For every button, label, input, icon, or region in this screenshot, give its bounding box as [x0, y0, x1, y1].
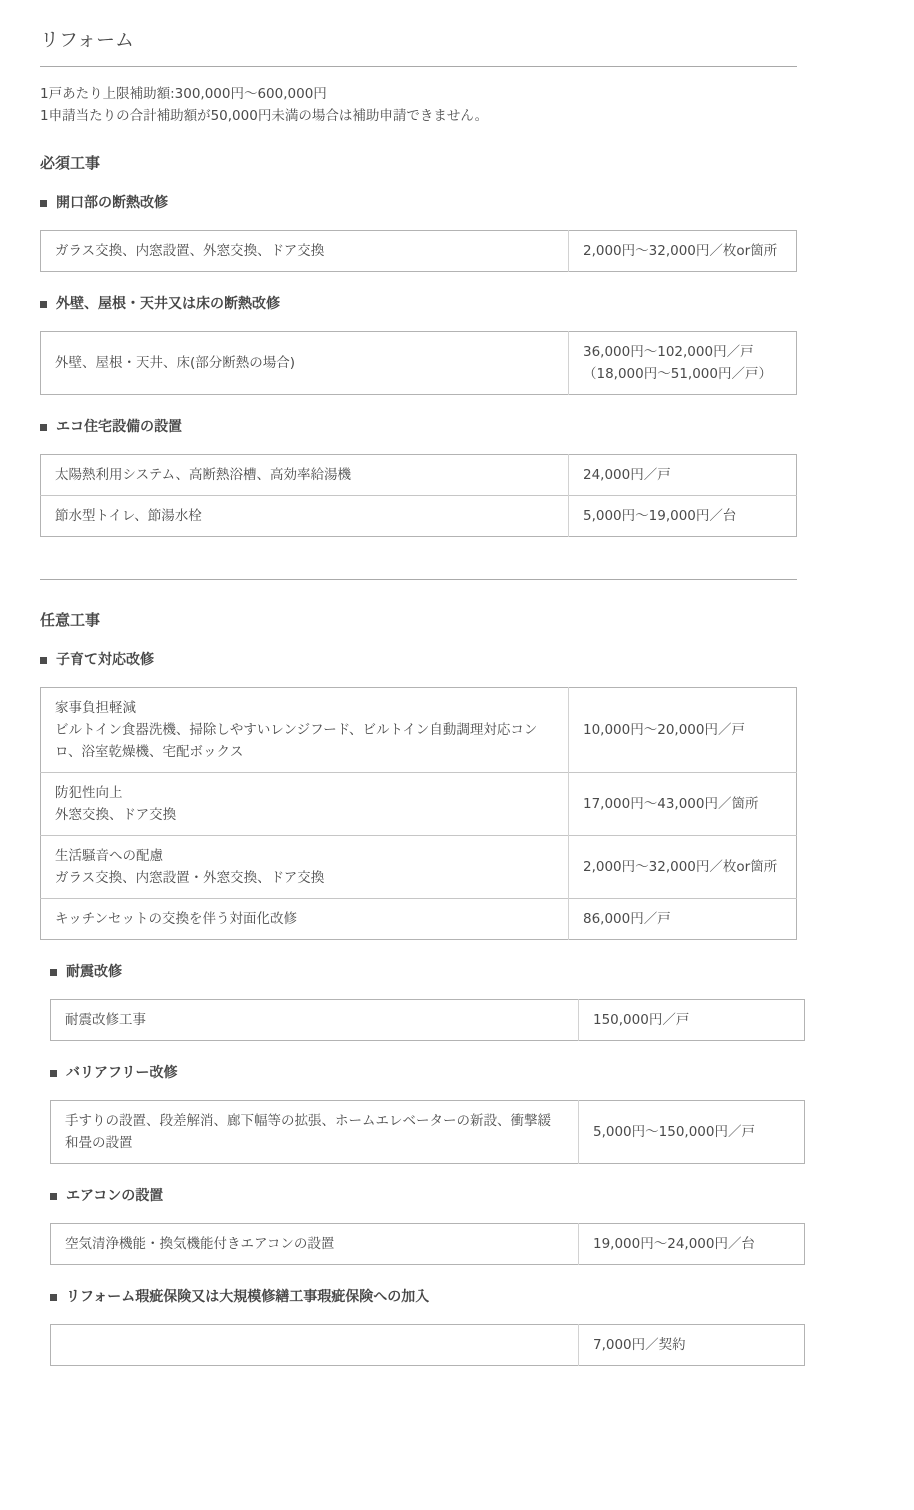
- price-table: 外壁、屋根・天井、床(部分断熱の場合) 36,000円～102,000円／戸 （…: [40, 331, 797, 395]
- subsection-heading: リフォーム瑕疵保険又は大規模修繕工事瑕疵保険への加入: [50, 1289, 797, 1305]
- work-description-cell: 空気清浄機能・換気機能付きエアコンの設置: [51, 1224, 579, 1265]
- section-heading-optional: 任意工事: [40, 612, 797, 628]
- subsection-defect-insurance: リフォーム瑕疵保険又は大規模修繕工事瑕疵保険への加入 7,000円／契約: [50, 1289, 797, 1366]
- table-row: キッチンセットの交換を伴う対面化改修 86,000円／戸: [41, 899, 797, 940]
- subsection-wall-roof-floor-insulation: 外壁、屋根・天井又は床の断熱改修 外壁、屋根・天井、床(部分断熱の場合) 36,…: [40, 296, 797, 395]
- subsection-label: リフォーム瑕疵保険又は大規模修繕工事瑕疵保険への加入: [66, 1289, 429, 1305]
- price-table: 耐震改修工事 150,000円／戸: [50, 999, 805, 1041]
- work-description-cell: 外壁、屋根・天井、床(部分断熱の場合): [41, 332, 569, 395]
- work-description-cell: 防犯性向上 外窓交換、ドア交換: [41, 773, 569, 836]
- square-bullet-icon: [50, 1070, 57, 1077]
- price-table: 7,000円／契約: [50, 1324, 805, 1366]
- subsidy-amount-cell: 36,000円～102,000円／戸 （18,000円～51,000円／戸）: [569, 332, 797, 395]
- subsidy-amount-cell: 7,000円／契約: [579, 1325, 805, 1366]
- subsidy-amount-cell: 10,000円～20,000円／戸: [569, 688, 797, 773]
- subsection-air-conditioner: エアコンの設置 空気清浄機能・換気機能付きエアコンの設置 19,000円～24,…: [50, 1188, 797, 1265]
- subsection-label: 耐震改修: [66, 964, 122, 980]
- reform-subsidy-page: リフォーム 1戸あたり上限補助額:300,000円～600,000円 1申請当た…: [0, 0, 914, 1510]
- section-heading-required: 必須工事: [40, 155, 797, 171]
- table-row: 外壁、屋根・天井、床(部分断熱の場合) 36,000円～102,000円／戸 （…: [41, 332, 797, 395]
- content-area: リフォーム 1戸あたり上限補助額:300,000円～600,000円 1申請当た…: [40, 26, 797, 1366]
- price-table: 手すりの設置、段差解消、廊下幅等の拡張、ホームエレベーターの新設、衝撃緩和畳の設…: [50, 1100, 805, 1164]
- subsection-label: 子育て対応改修: [56, 652, 154, 668]
- price-table: 家事負担軽減 ビルトイン食器洗機、掃除しやすいレンジフード、ビルトイン自動調理対…: [40, 687, 797, 940]
- subsection-heading: 外壁、屋根・天井又は床の断熱改修: [40, 296, 797, 312]
- square-bullet-icon: [40, 301, 47, 308]
- section-optional-works: 任意工事 子育て対応改修 家事負担軽減 ビルトイン食器洗機、掃除しやすいレンジフ…: [40, 612, 797, 1366]
- table-row: 7,000円／契約: [51, 1325, 805, 1366]
- square-bullet-icon: [40, 200, 47, 207]
- subsection-label: エアコンの設置: [66, 1188, 163, 1204]
- price-table: ガラス交換、内窓設置、外窓交換、ドア交換 2,000円～32,000円／枚or箇…: [40, 230, 797, 272]
- subsection-label: バリアフリー改修: [66, 1065, 177, 1081]
- subsidy-amount-cell: 19,000円～24,000円／台: [579, 1224, 805, 1265]
- work-description-cell: キッチンセットの交換を伴う対面化改修: [41, 899, 569, 940]
- subsection-barrier-free-renovation: バリアフリー改修 手すりの設置、段差解消、廊下幅等の拡張、ホームエレベーターの新…: [50, 1065, 797, 1164]
- square-bullet-icon: [40, 657, 47, 664]
- subsection-heading: バリアフリー改修: [50, 1065, 797, 1081]
- square-bullet-icon: [50, 1294, 57, 1301]
- subsidy-amount-cell: 5,000円～19,000円／台: [569, 496, 797, 537]
- subsection-seismic-renovation: 耐震改修 耐震改修工事 150,000円／戸: [50, 964, 797, 1041]
- table-row: 手すりの設置、段差解消、廊下幅等の拡張、ホームエレベーターの新設、衝撃緩和畳の設…: [51, 1101, 805, 1164]
- subsidy-amount-cell: 150,000円／戸: [579, 1000, 805, 1041]
- work-description-cell: 手すりの設置、段差解消、廊下幅等の拡張、ホームエレベーターの新設、衝撃緩和畳の設…: [51, 1101, 579, 1164]
- subsidy-amount-cell: 24,000円／戸: [569, 455, 797, 496]
- intro-text: 1戸あたり上限補助額:300,000円～600,000円 1申請当たりの合計補助…: [40, 83, 797, 127]
- subsidy-amount-cell: 17,000円～43,000円／箇所: [569, 773, 797, 836]
- work-description-cell: [51, 1325, 579, 1366]
- subsection-heading: エアコンの設置: [50, 1188, 797, 1204]
- subsection-heading: 耐震改修: [50, 964, 797, 980]
- work-description-cell: 太陽熱利用システム、高断熱浴槽、高効率給湯機: [41, 455, 569, 496]
- table-row: 生活騒音への配慮 ガラス交換、内窓設置・外窓交換、ドア交換 2,000円～32,…: [41, 836, 797, 899]
- subsection-heading: エコ住宅設備の設置: [40, 419, 797, 435]
- subsidy-amount-cell: 5,000円～150,000円／戸: [579, 1101, 805, 1164]
- subsection-label: 開口部の断熱改修: [56, 195, 168, 211]
- intro-line-min-condition: 1申請当たりの合計補助額が50,000円未満の場合は補助申請できません。: [40, 105, 797, 127]
- subsection-label: エコ住宅設備の設置: [56, 419, 182, 435]
- table-row: 耐震改修工事 150,000円／戸: [51, 1000, 805, 1041]
- subsidy-amount-cell: 86,000円／戸: [569, 899, 797, 940]
- table-row: 節水型トイレ、節湯水栓 5,000円～19,000円／台: [41, 496, 797, 537]
- price-table: 空気清浄機能・換気機能付きエアコンの設置 19,000円～24,000円／台: [50, 1223, 805, 1265]
- work-description-cell: 家事負担軽減 ビルトイン食器洗機、掃除しやすいレンジフード、ビルトイン自動調理対…: [41, 688, 569, 773]
- table-row: 家事負担軽減 ビルトイン食器洗機、掃除しやすいレンジフード、ビルトイン自動調理対…: [41, 688, 797, 773]
- work-description-cell: 耐震改修工事: [51, 1000, 579, 1041]
- subsection-eco-equipment: エコ住宅設備の設置 太陽熱利用システム、高断熱浴槽、高効率給湯機 24,000円…: [40, 419, 797, 537]
- work-description-cell: ガラス交換、内窓設置、外窓交換、ドア交換: [41, 231, 569, 272]
- table-row: 太陽熱利用システム、高断熱浴槽、高効率給湯機 24,000円／戸: [41, 455, 797, 496]
- subsection-label: 外壁、屋根・天井又は床の断熱改修: [56, 296, 280, 312]
- subsection-heading: 子育て対応改修: [40, 652, 797, 668]
- square-bullet-icon: [50, 969, 57, 976]
- subsidy-amount-cell: 2,000円～32,000円／枚or箇所: [569, 836, 797, 899]
- subsidy-amount-cell: 2,000円～32,000円／枚or箇所: [569, 231, 797, 272]
- page-title: リフォーム: [40, 26, 797, 54]
- table-row: ガラス交換、内窓設置、外窓交換、ドア交換 2,000円～32,000円／枚or箇…: [41, 231, 797, 272]
- subsection-heading: 開口部の断熱改修: [40, 195, 797, 211]
- title-divider: [40, 66, 797, 67]
- square-bullet-icon: [50, 1193, 57, 1200]
- section-required-works: 必須工事 開口部の断熱改修 ガラス交換、内窓設置、外窓交換、ドア交換 2,000…: [40, 155, 797, 537]
- subsection-opening-insulation: 開口部の断熱改修 ガラス交換、内窓設置、外窓交換、ドア交換 2,000円～32,…: [40, 195, 797, 272]
- section-divider: [40, 579, 797, 580]
- subsection-childcare-renovation: 子育て対応改修 家事負担軽減 ビルトイン食器洗機、掃除しやすいレンジフード、ビル…: [40, 652, 797, 940]
- table-row: 空気清浄機能・換気機能付きエアコンの設置 19,000円～24,000円／台: [51, 1224, 805, 1265]
- intro-line-max-subsidy: 1戸あたり上限補助額:300,000円～600,000円: [40, 83, 797, 105]
- table-row: 防犯性向上 外窓交換、ドア交換 17,000円～43,000円／箇所: [41, 773, 797, 836]
- square-bullet-icon: [40, 424, 47, 431]
- work-description-cell: 節水型トイレ、節湯水栓: [41, 496, 569, 537]
- price-table: 太陽熱利用システム、高断熱浴槽、高効率給湯機 24,000円／戸 節水型トイレ、…: [40, 454, 797, 537]
- work-description-cell: 生活騒音への配慮 ガラス交換、内窓設置・外窓交換、ドア交換: [41, 836, 569, 899]
